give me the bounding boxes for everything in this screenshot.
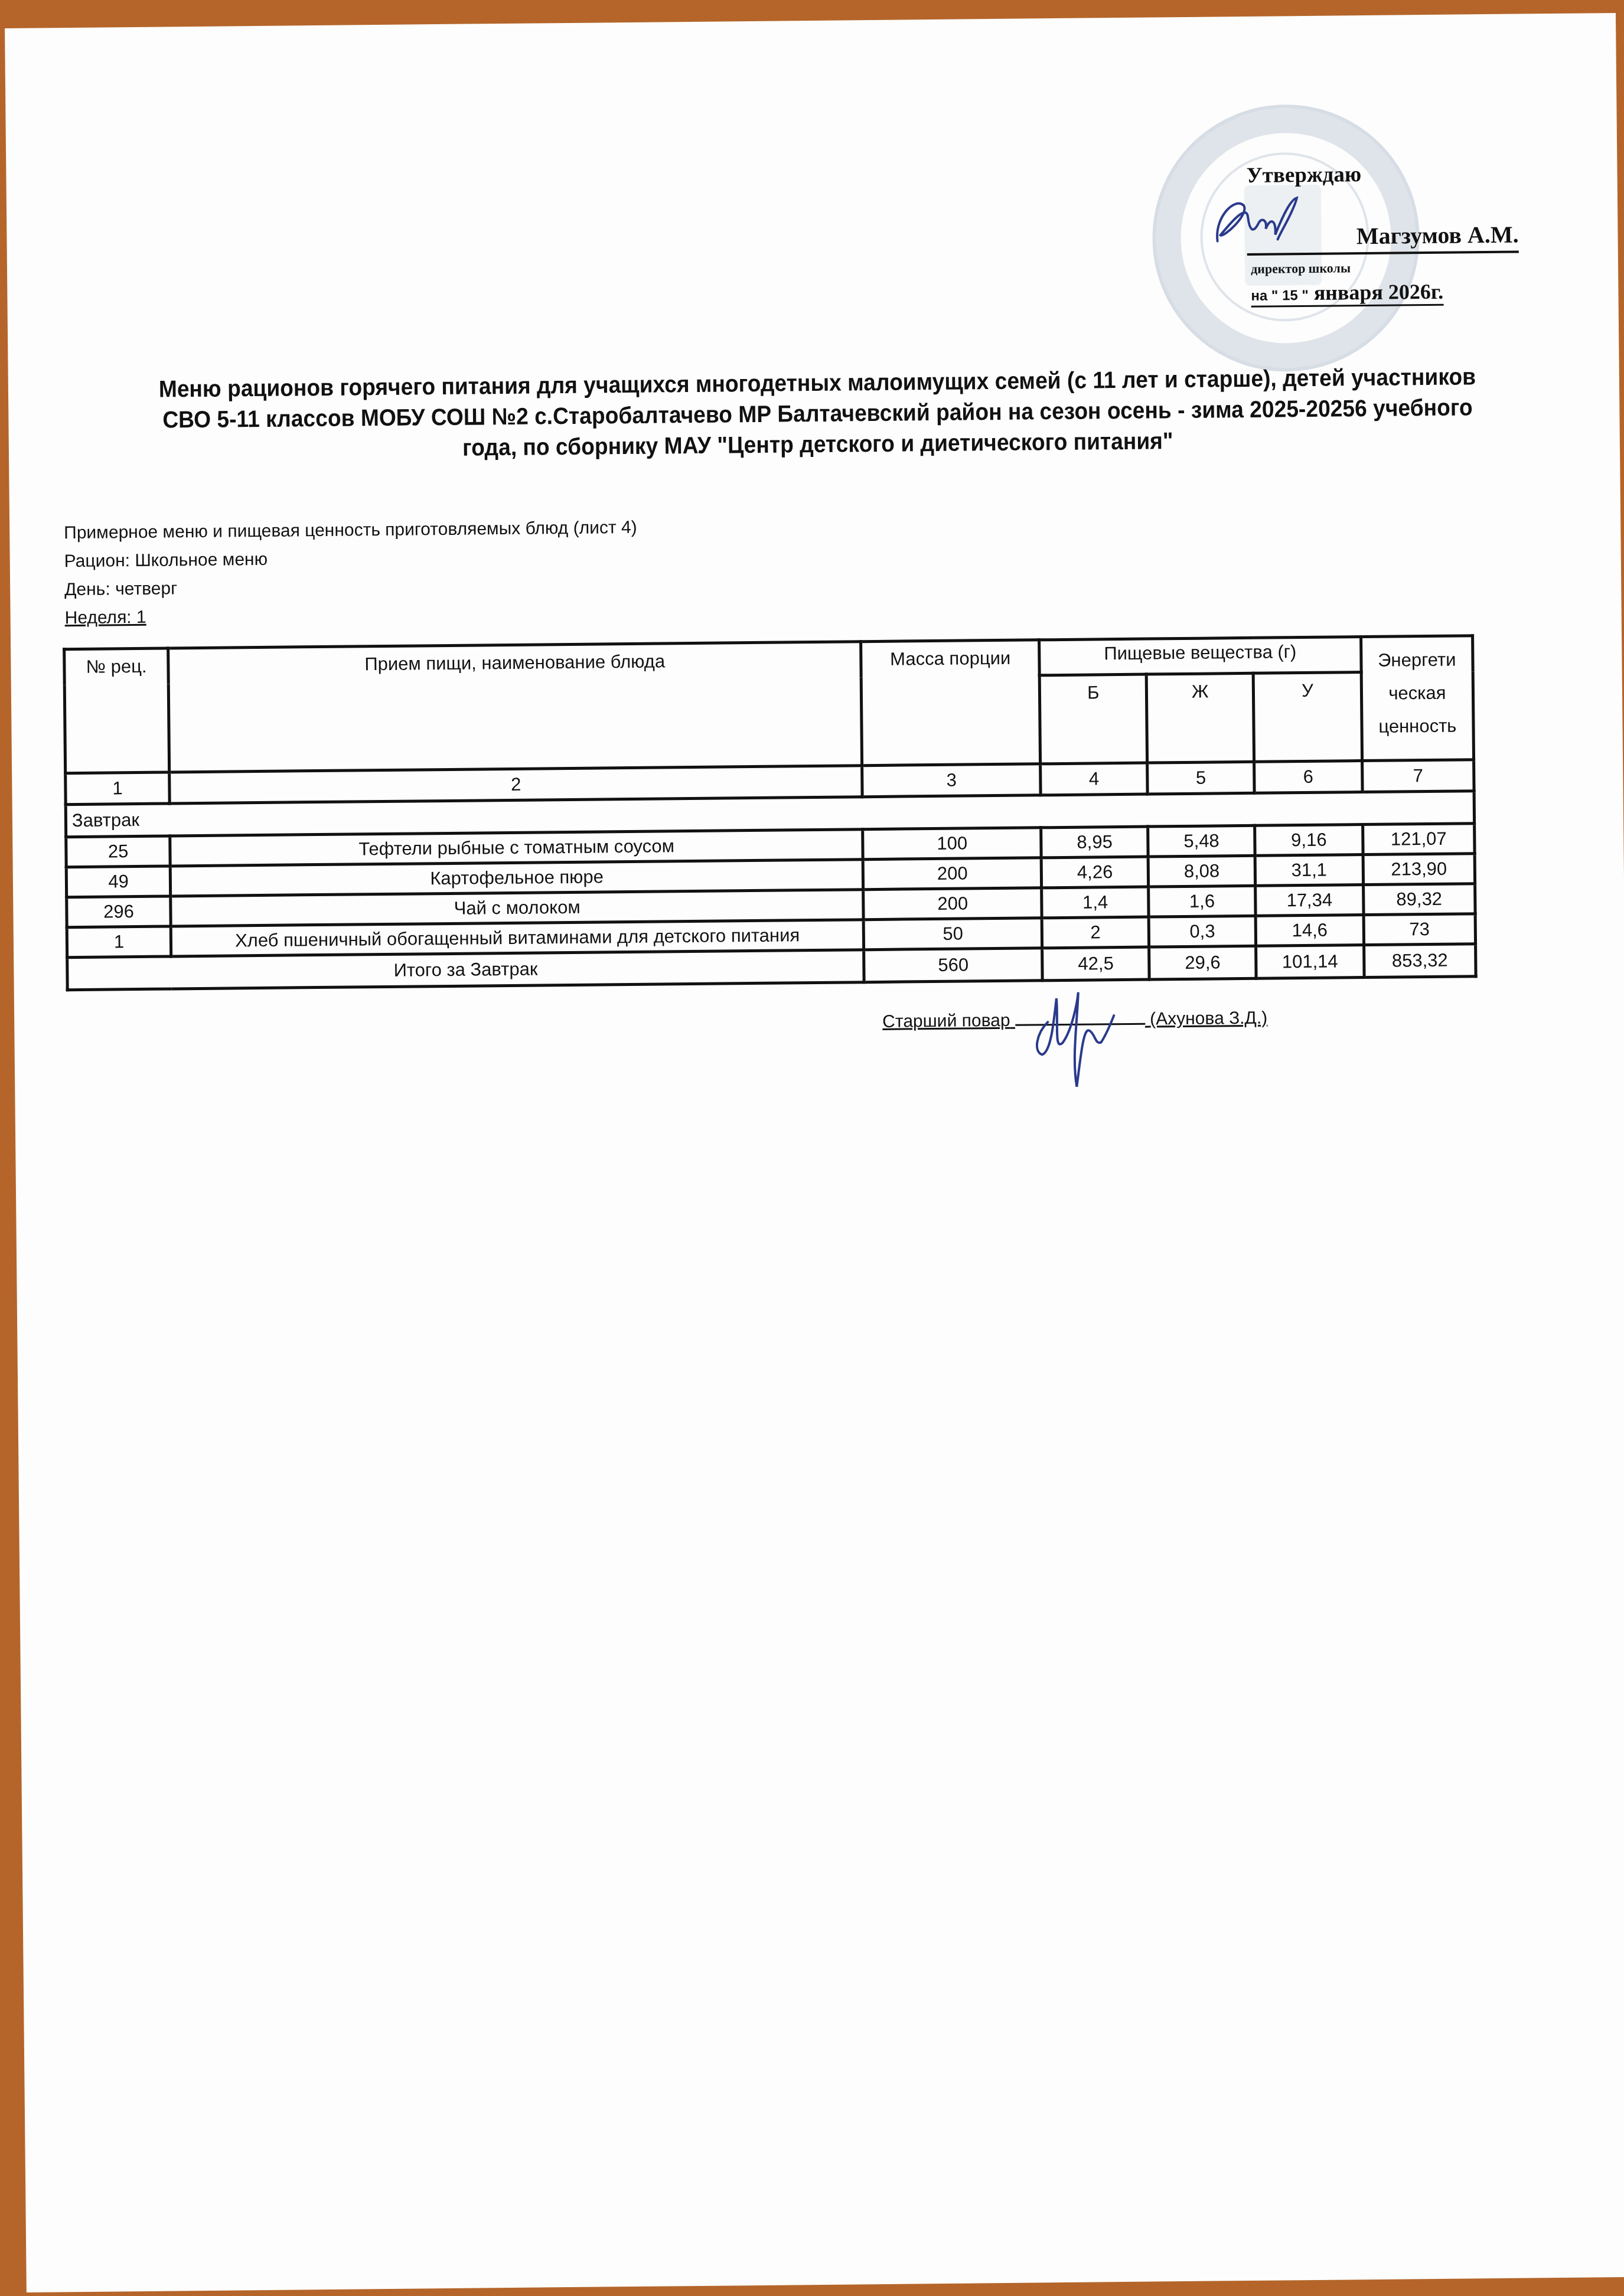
protein-value: 1,4 bbox=[1042, 887, 1149, 918]
director-name: Магзумов А.М. bbox=[1247, 221, 1519, 256]
total-carbs: 101,14 bbox=[1256, 945, 1364, 979]
director-position: директор школы bbox=[1251, 260, 1351, 277]
column-number: 5 bbox=[1147, 762, 1254, 794]
approval-date-month-year: января 2026г. bbox=[1309, 280, 1444, 305]
protein-value: 8,95 bbox=[1041, 827, 1148, 858]
header-energy: Энергети ческая ценность bbox=[1361, 636, 1473, 761]
energy-value: 121,07 bbox=[1362, 824, 1475, 855]
portion-mass: 50 bbox=[863, 918, 1042, 950]
header-recipe-no: № рец. bbox=[64, 648, 169, 773]
energy-value: 213,90 bbox=[1363, 854, 1475, 885]
fat-value: 0,3 bbox=[1149, 916, 1255, 947]
approval-date-day: на " 15 " bbox=[1251, 288, 1309, 304]
header-mass: Масса порции bbox=[861, 640, 1041, 766]
column-number: 1 bbox=[66, 772, 170, 805]
fat-value: 1,6 bbox=[1149, 886, 1255, 917]
chef-signature bbox=[1030, 986, 1120, 1090]
protein-value: 4,26 bbox=[1041, 857, 1148, 888]
total-mass: 560 bbox=[864, 948, 1042, 982]
header-nutrients: Пищевые вещества (г) bbox=[1039, 637, 1361, 675]
header-energy-line-3: ценность bbox=[1368, 709, 1468, 743]
column-number: 4 bbox=[1041, 763, 1147, 795]
header-carbs: У bbox=[1253, 672, 1362, 762]
protein-value: 2 bbox=[1042, 917, 1149, 948]
portion-mass: 100 bbox=[863, 828, 1041, 860]
total-energy: 853,32 bbox=[1364, 944, 1476, 978]
approval-date: на " 15 " января 2026г. bbox=[1251, 279, 1443, 308]
fat-value: 5,48 bbox=[1148, 825, 1255, 857]
carbs-value: 17,34 bbox=[1255, 885, 1364, 916]
recipe-number: 1 bbox=[67, 926, 171, 958]
document-title: Меню рационов горячего питания для учащи… bbox=[125, 361, 1510, 466]
header-energy-line-2: ческая bbox=[1368, 676, 1468, 710]
recipe-number: 49 bbox=[66, 866, 171, 897]
portion-mass: 200 bbox=[863, 858, 1041, 890]
carbs-value: 9,16 bbox=[1255, 825, 1363, 856]
total-fat: 29,6 bbox=[1149, 946, 1256, 979]
fat-value: 8,08 bbox=[1148, 855, 1255, 887]
header-dish: Прием пищи, наименование блюда bbox=[168, 642, 862, 772]
portion-mass: 200 bbox=[863, 888, 1042, 920]
sheet-description: Примерное меню и пищевая ценность пригот… bbox=[64, 514, 637, 547]
carbs-value: 14,6 bbox=[1255, 915, 1364, 946]
energy-value: 89,32 bbox=[1363, 884, 1475, 915]
total-label: Итого за Завтрак bbox=[67, 950, 865, 990]
column-number: 7 bbox=[1362, 760, 1474, 792]
week-label: Неделя: 1 bbox=[64, 599, 638, 632]
recipe-number: 25 bbox=[66, 836, 171, 867]
chef-name: (Ахунова З.Д.) bbox=[1150, 1008, 1267, 1029]
energy-value: 73 bbox=[1364, 914, 1476, 945]
chef-role: Старший повар bbox=[882, 1011, 1010, 1031]
carbs-value: 31,1 bbox=[1255, 855, 1363, 886]
approval-heading: Утверждаю bbox=[1246, 162, 1361, 188]
menu-table: № рец. Прием пищи, наименование блюда Ма… bbox=[63, 634, 1477, 991]
document-page: Утверждаю Магзумов А.М. директор школы н… bbox=[5, 13, 1624, 2292]
total-protein: 42,5 bbox=[1042, 947, 1149, 981]
header-protein: Б bbox=[1039, 674, 1147, 764]
menu-meta: Примерное меню и пищевая ценность пригот… bbox=[64, 514, 638, 632]
column-number: 3 bbox=[862, 764, 1041, 797]
header-fat: Ж bbox=[1146, 673, 1254, 763]
header-energy-line-1: Энергети bbox=[1367, 643, 1467, 677]
column-number: 6 bbox=[1254, 761, 1362, 793]
recipe-number: 296 bbox=[67, 896, 171, 927]
